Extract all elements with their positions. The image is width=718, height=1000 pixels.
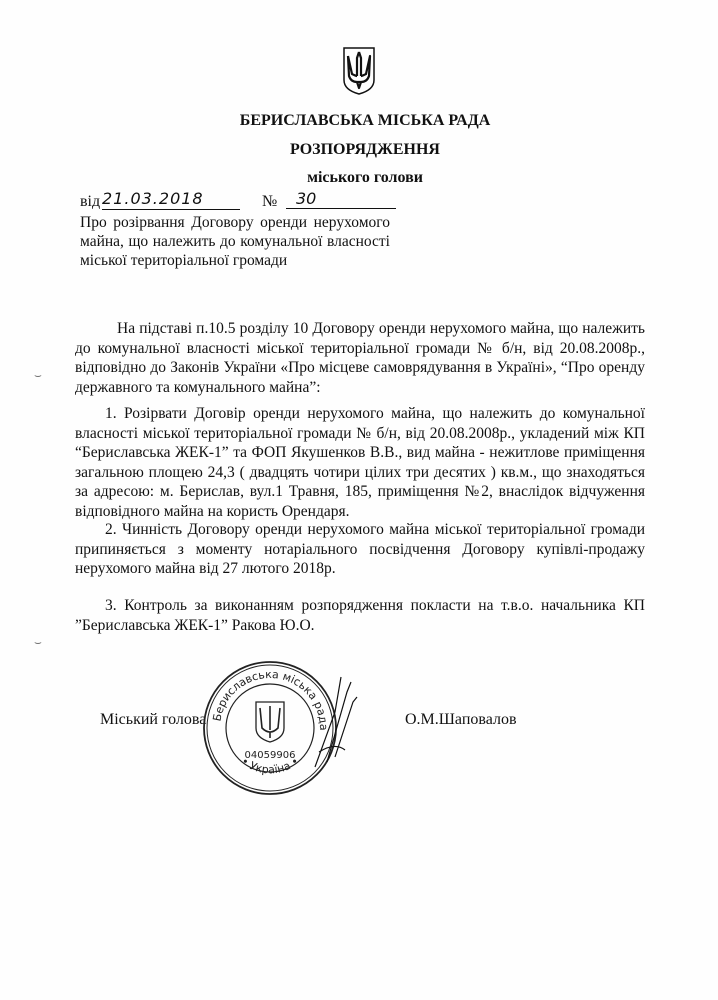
signatory-title: Міський голова — [100, 711, 206, 729]
stamp-code: 04059906 — [245, 750, 296, 761]
document-issuer: міського голови — [6, 169, 718, 187]
date-label: від — [80, 193, 100, 211]
scan-mark: ⌣ — [34, 368, 42, 383]
order-item-3: 3. Контроль за виконанням розпорядження … — [75, 596, 645, 635]
number-value: 30 — [286, 189, 396, 209]
scan-mark: ⌣ — [34, 635, 42, 650]
signatory-name: О.М.Шаповалов — [405, 711, 517, 729]
handwritten-signature — [305, 672, 365, 772]
document-subject: Про розірвання Договору оренди нерухомог… — [80, 213, 390, 270]
order-item-1: 1. Розірвати Договір оренди нерухомого м… — [75, 404, 645, 521]
date-number-line: від 21.03.2018 № 30 — [80, 191, 400, 211]
date-value: 21.03.2018 — [102, 189, 240, 210]
council-name: БЕРИСЛАВСЬКА МІСЬКА РАДА — [6, 112, 718, 130]
order-item-2: 2. Чинність Договору оренди нерухомого м… — [75, 520, 645, 579]
preamble-paragraph: На підставі п.10.5 розділу 10 Договору о… — [75, 319, 645, 397]
document-type: РОЗПОРЯДЖЕННЯ — [6, 141, 718, 159]
document-page: БЕРИСЛАВСЬКА МІСЬКА РАДА РОЗПОРЯДЖЕННЯ м… — [0, 0, 718, 1000]
number-label: № — [262, 193, 277, 211]
trident-coat-of-arms-icon — [342, 46, 376, 96]
